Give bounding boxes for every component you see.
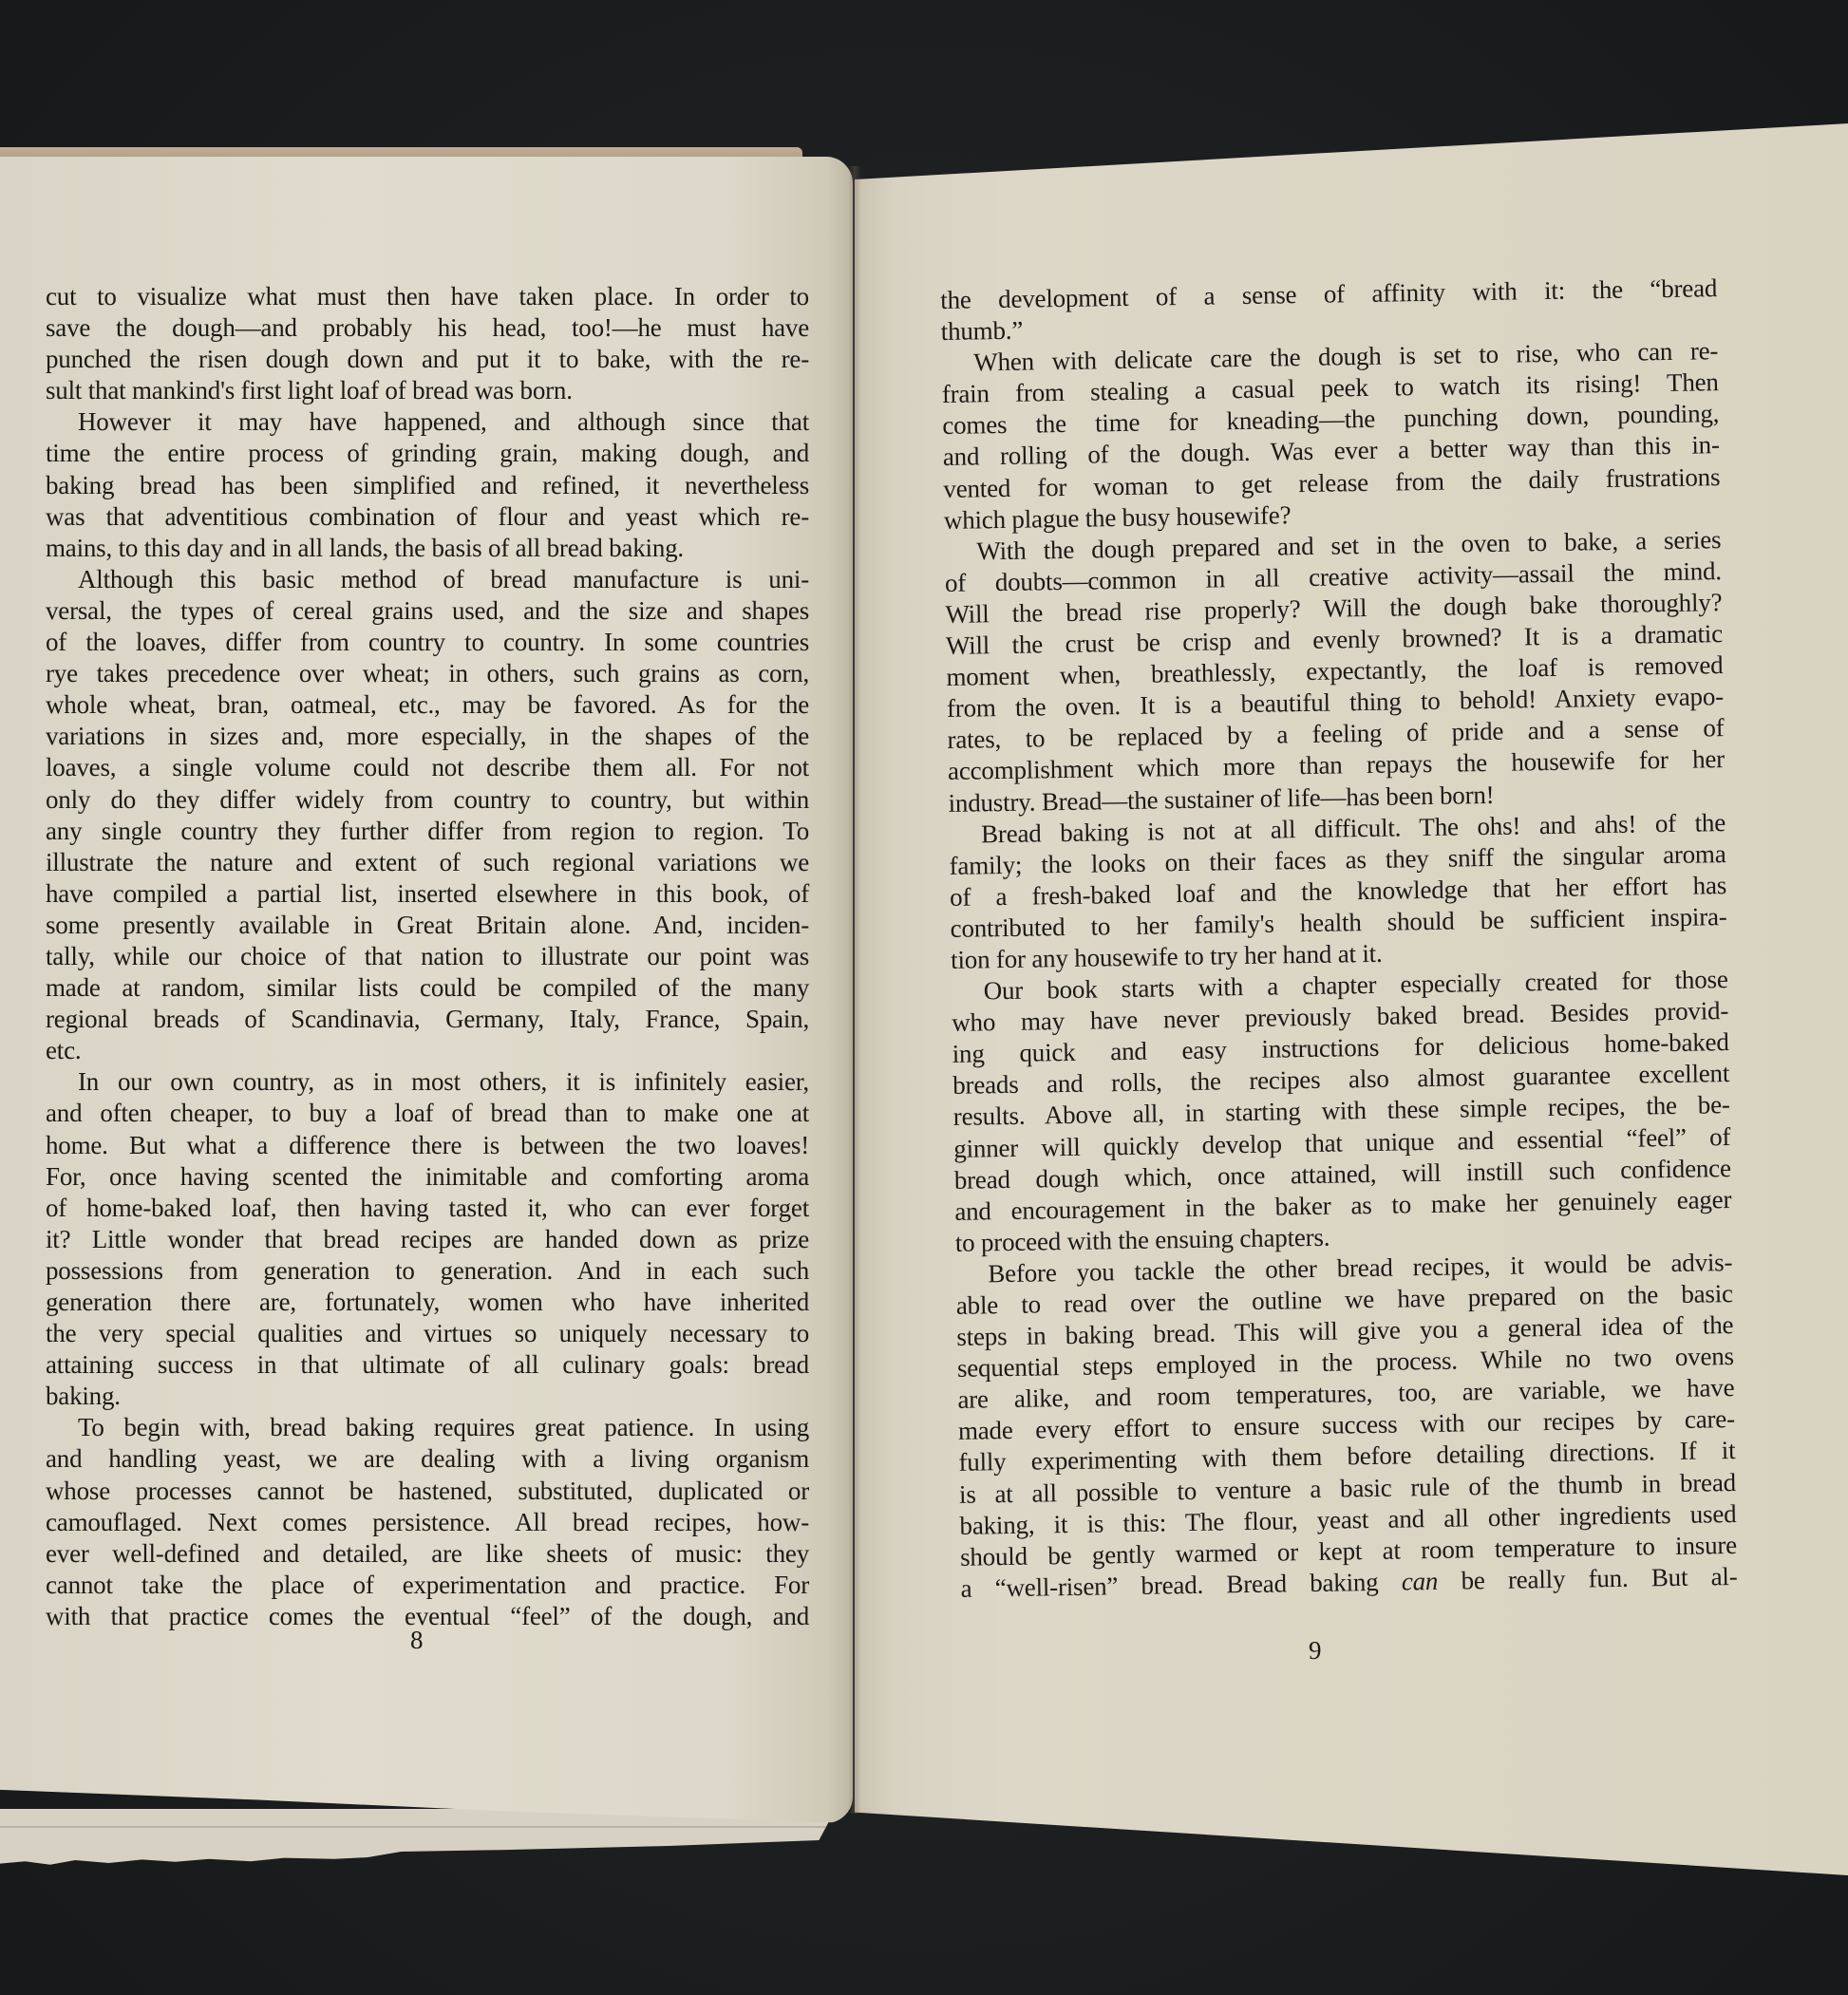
text-line: and handling yeast, we are dealing with … [46,1443,809,1475]
text-line: punched the risen dough down and put it … [46,344,809,375]
text-line: camouflaged. Next comes persistence. All… [46,1507,809,1538]
text-line: time the entire process of grinding grai… [46,438,809,469]
text-line: have compiled a partial list, inserted e… [46,878,809,910]
text-line: cut to visualize what must then have tak… [46,281,809,312]
text-line: the very special qualities and virtues s… [46,1318,809,1349]
text-line: cannot take the place of experimentation… [46,1570,809,1601]
left-page-text: cut to visualize what must then have tak… [46,281,809,1632]
text-line: baking. [46,1381,809,1412]
text-line: ever well-defined and detailed, are like… [46,1538,809,1570]
text-line: regional breads of Scandinavia, Germany,… [46,1004,809,1035]
right-page-text: the development of a sense of affinity w… [940,273,1738,1605]
text-line: sult that mankind's first light loaf of … [46,375,809,406]
text-line: and often cheaper, to buy a loaf of brea… [46,1098,809,1129]
text-line: only do they differ widely from country … [46,784,809,816]
left-page-number: 8 [410,1626,424,1655]
right-page-number: 9 [1309,1636,1322,1666]
book-gutter [848,166,861,1814]
text-line: etc. [46,1035,809,1066]
text-line: of the loaves, differ from country to co… [46,627,809,658]
text-line: illustrate the nature and extent of such… [46,847,809,878]
italic-emphasis: can [1402,1567,1439,1596]
text-line: To begin with, bread baking requires gre… [46,1412,809,1443]
text-line: mains, to this day and in all lands, the… [46,533,809,564]
text-line: it? Little wonder that bread recipes are… [46,1224,809,1255]
text-line: with that practice comes the eventual “f… [46,1601,809,1632]
text-line: baking bread has been simplified and ref… [46,470,809,501]
text-line: In our own country, as in most others, i… [46,1066,809,1098]
text-line: save the dough—and probably his head, to… [46,312,809,344]
text-line: of home-baked loaf, then having tasted i… [46,1193,809,1224]
text-line: generation there are, fortunately, women… [46,1287,809,1318]
text-line: whose processes cannot be hastened, subs… [46,1476,809,1507]
text-line: variations in sizes and, more especially… [46,721,809,752]
text-line: some presently available in Great Britai… [46,910,809,941]
text-line: versal, the types of cereal grains used,… [46,595,809,627]
text-line: home. But what a difference there is bet… [46,1130,809,1161]
text-line: Although this basic method of bread manu… [46,564,809,595]
text-line: tally, while our choice of that nation t… [46,941,809,972]
text-line: made at random, similar lists could be c… [46,972,809,1004]
text-line: For, once having scented the inimitable … [46,1161,809,1193]
text-line: was that adventitious combination of flo… [46,501,809,533]
text-line: loaves, a single volume could not descri… [46,752,809,783]
text-line: whole wheat, bran, oatmeal, etc., may be… [46,689,809,721]
text-line: possessions from generation to generatio… [46,1255,809,1287]
text-line: However it may have happened, and althou… [46,406,809,438]
text-line: rye takes precedence over wheat; in othe… [46,658,809,689]
text-line: any single country they further differ f… [46,816,809,847]
text-line: attaining success in that ultimate of al… [46,1349,809,1381]
